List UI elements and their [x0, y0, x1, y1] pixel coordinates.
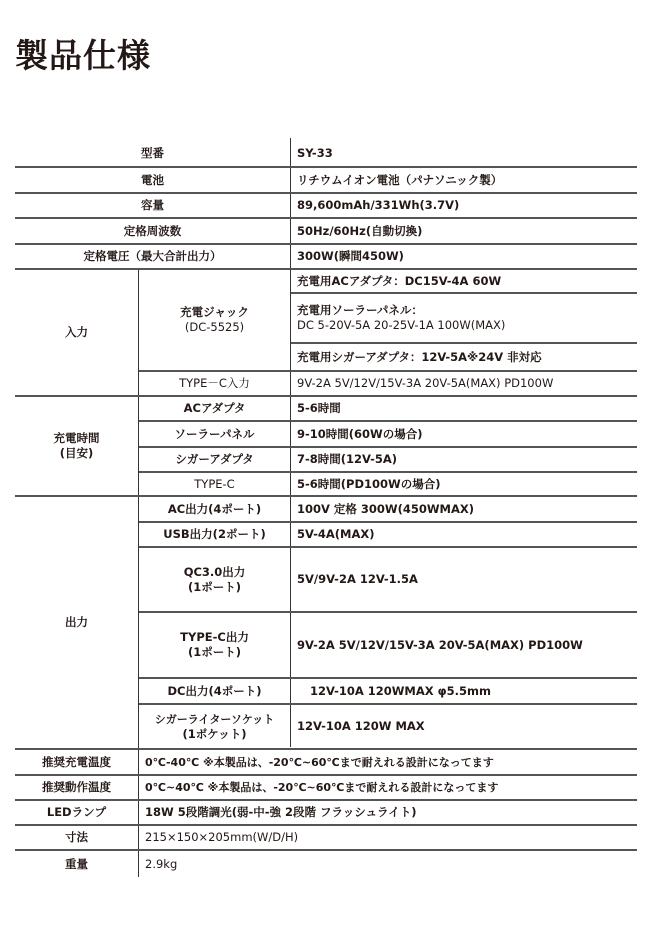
label-output-dc: DC出力(4ポート) — [139, 679, 290, 703]
value-output-ac: 100V 定格 300W(450WMAX) — [291, 497, 637, 521]
label-rated-power: 定格電圧（最大合計出力） — [15, 245, 290, 268]
value-rated-power: 300W(瞬間450W) — [291, 245, 637, 268]
label-model: 型番 — [15, 140, 290, 166]
label-charge-ac: ACアダプタ — [139, 397, 290, 420]
label-weight: 重量 — [15, 851, 138, 877]
label-output-usb: USB出力(2ポート) — [139, 523, 290, 546]
output-qc-line2: (1ポート) — [188, 580, 241, 595]
label-capacity: 容量 — [15, 194, 290, 217]
charge-time-line1: 充電時間 — [54, 431, 100, 446]
output-typec-line2: (1ポート) — [188, 645, 241, 660]
label-output-cigar: シガーライターソケット (1ポケット) — [139, 705, 290, 748]
label-charge-temp: 推奨充電温度 — [15, 750, 138, 774]
charge-jack-line1: 充電ジャック — [180, 305, 249, 320]
value-output-cigar: 12V-10A 120W MAX — [291, 705, 637, 748]
label-operating-temp: 推奨動作温度 — [15, 776, 138, 799]
label-typec-input: TYPE－C入力 — [139, 372, 290, 395]
value-cigar-input: 充電用シガーアダプタ：12V-5A※24V 非対応 — [291, 344, 637, 370]
value-output-typec: 9V-2A 5V/12V/15V-3A 20V-5A(MAX) PD100W — [291, 613, 637, 677]
value-charge-cigar: 7-8時間(12V-5A) — [291, 448, 637, 471]
value-frequency: 50Hz/60Hz(自動切換) — [291, 219, 637, 243]
value-led: 18W 5段階調光(弱-中-強 2段階 フラッシュライト) — [139, 801, 640, 824]
value-charge-ac: 5-6時間 — [291, 397, 637, 420]
label-output-qc: QC3.0出力 (1ポート) — [139, 548, 290, 611]
label-charge-solar: ソーラーパネル — [139, 422, 290, 446]
label-charge-time: 充電時間 (目安) — [15, 397, 138, 495]
output-cigar-line2: (1ポケット) — [183, 727, 247, 742]
label-led: LEDランプ — [15, 801, 138, 824]
label-charge-typec: TYPE-C — [139, 473, 290, 495]
value-model: SY-33 — [291, 140, 637, 166]
value-output-qc: 5V/9V-2A 12V-1.5A — [291, 548, 637, 611]
value-charge-temp: 0℃-40℃ ※本製品は、-20℃~60℃まで耐えれる設計になってます — [139, 750, 640, 774]
output-qc-line1: QC3.0出力 — [184, 565, 246, 580]
charge-jack-line2: (DC-5525) — [185, 320, 244, 335]
label-dimensions: 寸法 — [15, 826, 138, 849]
value-battery: リチウムイオン電池（パナソニック製） — [291, 168, 637, 192]
output-typec-line1: TYPE-C出力 — [180, 630, 249, 645]
value-capacity: 89,600mAh/331Wh(3.7V) — [291, 194, 637, 217]
label-output: 出力 — [15, 497, 138, 748]
value-solar-input: 充電用ソーラーパネル： DC 5-20V-5A 20-25V-1A 100W(M… — [291, 294, 637, 342]
value-weight: 2.9kg — [139, 851, 640, 877]
label-input: 入力 — [15, 270, 138, 395]
value-charge-typec: 5-6時間(PD100Wの場合) — [291, 473, 637, 495]
value-dimensions: 215×150×205mm(W/D/H) — [139, 826, 640, 849]
label-charge-jack: 充電ジャック (DC-5525) — [139, 270, 290, 370]
solar-input-line2: DC 5-20V-5A 20-25V-1A 100W(MAX) — [297, 318, 505, 333]
value-output-dc: 12V-10A 120WMAX φ5.5mm — [291, 679, 650, 703]
value-typec-input: 9V-2A 5V/12V/15V-3A 20V-5A(MAX) PD100W — [291, 372, 637, 395]
value-operating-temp: 0℃~40℃ ※本製品は、-20℃~60℃まで耐えれる設計になってます — [139, 776, 640, 799]
label-output-ac: AC出力(4ポート) — [139, 497, 290, 521]
label-charge-cigar: シガーアダプタ — [139, 448, 290, 471]
page-title: 製品仕様 — [15, 36, 151, 76]
value-charge-solar: 9-10時間(60Wの場合) — [291, 422, 637, 446]
value-ac-adapter-input: 充電用ACアダプタ：DC15V-4A 60W — [291, 270, 637, 292]
label-output-typec: TYPE-C出力 (1ポート) — [139, 613, 290, 677]
label-frequency: 定格周波数 — [15, 219, 290, 243]
value-output-usb: 5V-4A(MAX) — [291, 523, 637, 546]
charge-time-line2: (目安) — [60, 446, 94, 461]
solar-input-line1: 充電用ソーラーパネル： — [297, 303, 423, 318]
output-cigar-line1: シガーライターソケット — [155, 712, 275, 727]
label-battery: 電池 — [15, 168, 290, 192]
